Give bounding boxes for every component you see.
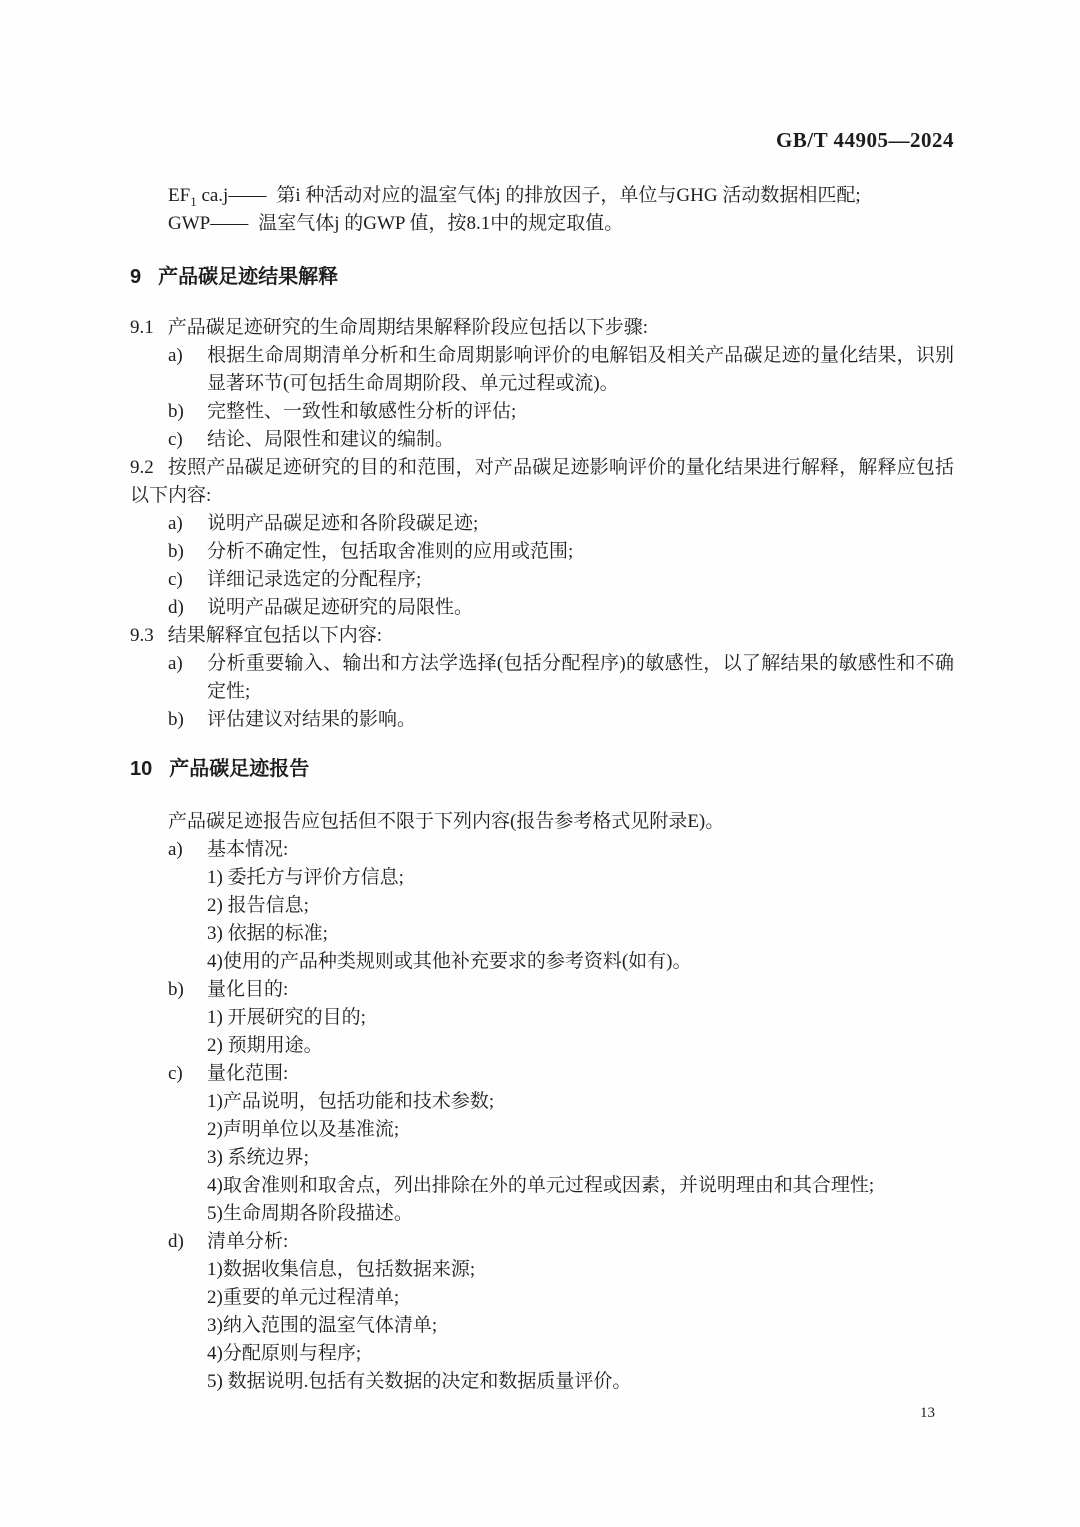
clause-9-3-text: 结果解释宜包括以下内容:: [168, 625, 382, 646]
item-label: b): [168, 976, 207, 1004]
def-gwp-dash: ——: [210, 213, 248, 234]
item-label: a): [168, 342, 207, 370]
definition-gwp: GWP——温室气体j 的GWP 值，按8.1中的规定取值。: [130, 210, 954, 238]
section-10-title: 产品碳足迹报告: [169, 758, 309, 780]
item-text: 说明产品碳足迹和各阶段碳足迹;: [207, 513, 478, 534]
report-item-d-sub-2: 2)重要的单元过程清单;: [130, 1284, 954, 1312]
report-item-a: a)基本情况:: [130, 836, 954, 864]
document-page: GB/T 44905—2024 EF1 ca.j——第i 种活动对应的温室气体j…: [0, 0, 1080, 1527]
standard-number: GB/T 44905—2024: [130, 0, 954, 152]
item-text: 根据生命周期清单分析和生命周期影响评价的电解铝及相关产品碳足迹的量化结果，识别显…: [207, 345, 954, 394]
item-label: c): [168, 426, 207, 454]
def-ef-term: EF1 ca.j——: [168, 185, 266, 206]
item-label: a): [168, 836, 207, 864]
clause-9-3-number: 9.3: [130, 625, 154, 646]
item-label: c): [168, 1060, 207, 1088]
clause-9-1: 9.1产品碳足迹研究的生命周期结果解释阶段应包括以下步骤:: [130, 314, 954, 342]
item-text: 分析不确定性，包括取舍准则的应用或范围;: [207, 541, 573, 562]
section-10-number: 10: [130, 758, 152, 780]
def-ef-rest: ca.j: [197, 185, 229, 206]
report-item-b-sub-1: 1) 开展研究的目的;: [130, 1004, 954, 1032]
def-gwp-term: GWP——: [168, 213, 248, 234]
item-label: b): [168, 538, 207, 566]
definition-ef: EF1 ca.j——第i 种活动对应的温室气体j 的排放因子，单位与GHG 活动…: [130, 182, 954, 210]
def-gwp-text: 温室气体j 的GWP 值，按8.1中的规定取值。: [258, 213, 623, 234]
clause-9-1-item-c: c)结论、局限性和建议的编制。: [130, 426, 954, 454]
clause-9-2-number: 9.2: [130, 457, 154, 478]
def-ef-text: 第i 种活动对应的温室气体j 的排放因子，单位与GHG 活动数据相匹配;: [276, 185, 860, 206]
item-label: c): [168, 566, 207, 594]
report-item-a-sub-4: 4)使用的产品种类规则或其他补充要求的参考资料(如有)。: [130, 948, 954, 976]
item-text: 结论、局限性和建议的编制。: [207, 429, 454, 450]
clause-9-2-item-a: a)说明产品碳足迹和各阶段碳足迹;: [130, 510, 954, 538]
def-ef-base: EF: [168, 185, 190, 206]
item-label: a): [168, 650, 207, 678]
item-label: d): [168, 594, 207, 622]
report-item-d-sub-3: 3)纳入范围的温室气体清单;: [130, 1312, 954, 1340]
clause-9-3-item-a: a)分析重要输入、输出和方法学选择(包括分配程序)的敏感性，以了解结果的敏感性和…: [130, 650, 954, 706]
item-text: 量化范围:: [207, 1063, 288, 1084]
clause-9-3: 9.3结果解释宜包括以下内容:: [130, 622, 954, 650]
item-label: d): [168, 1228, 207, 1256]
item-text: 评估建议对结果的影响。: [207, 709, 416, 730]
report-item-b-sub-2: 2) 预期用途。: [130, 1032, 954, 1060]
clause-9-1-item-b: b)完整性、一致性和敏感性分析的评估;: [130, 398, 954, 426]
report-item-d-sub-1: 1)数据收集信息，包括数据来源;: [130, 1256, 954, 1284]
report-item-c-sub-5: 5)生命周期各阶段描述。: [130, 1200, 954, 1228]
clause-9-3-item-b: b)评估建议对结果的影响。: [130, 706, 954, 734]
report-item-a-sub-3: 3) 依据的标准;: [130, 920, 954, 948]
page-number: 13: [920, 1404, 935, 1422]
clause-9-2-text: 按照产品碳足迹研究的目的和范围，对产品碳足迹影响评价的量化结果进行解释，解释应包…: [130, 457, 954, 506]
item-text: 基本情况:: [207, 839, 288, 860]
report-item-c-sub-1: 1)产品说明，包括功能和技术参数;: [130, 1088, 954, 1116]
report-item-d-sub-4: 4)分配原则与程序;: [130, 1340, 954, 1368]
section-9-number: 9: [130, 266, 141, 288]
section-9-heading: 9产品碳足迹结果解释: [130, 262, 954, 292]
clause-9-1-item-a: a)根据生命周期清单分析和生命周期影响评价的电解铝及相关产品碳足迹的量化结果，识…: [130, 342, 954, 398]
section-10-heading: 10产品碳足迹报告: [130, 754, 954, 784]
report-item-a-sub-1: 1) 委托方与评价方信息;: [130, 864, 954, 892]
report-item-d-sub-5: 5) 数据说明.包括有关数据的决定和数据质量评价。: [130, 1368, 954, 1396]
def-gwp-base: GWP: [168, 213, 210, 234]
report-item-c-sub-3: 3) 系统边界;: [130, 1144, 954, 1172]
def-ef-dash: ——: [228, 185, 266, 206]
clause-9-2-item-d: d)说明产品碳足迹研究的局限性。: [130, 594, 954, 622]
report-item-c-sub-4: 4)取舍准则和取舍点，列出排除在外的单元过程或因素，并说明理由和其合理性;: [130, 1172, 954, 1200]
item-text: 清单分析:: [207, 1231, 288, 1252]
report-item-a-sub-2: 2) 报告信息;: [130, 892, 954, 920]
clause-9-2-item-c: c)详细记录选定的分配程序;: [130, 566, 954, 594]
item-label: b): [168, 398, 207, 426]
clause-9-1-text: 产品碳足迹研究的生命周期结果解释阶段应包括以下步骤:: [168, 317, 648, 338]
report-item-c: c)量化范围:: [130, 1060, 954, 1088]
item-text: 说明产品碳足迹研究的局限性。: [207, 597, 473, 618]
report-item-b: b)量化目的:: [130, 976, 954, 1004]
item-text: 完整性、一致性和敏感性分析的评估;: [207, 401, 516, 422]
section-10-intro: 产品碳足迹报告应包括但不限于下列内容(报告参考格式见附录E)。: [130, 808, 954, 836]
section-9-title: 产品碳足迹结果解释: [158, 266, 338, 288]
item-label: b): [168, 706, 207, 734]
symbol-definitions: EF1 ca.j——第i 种活动对应的温室气体j 的排放因子，单位与GHG 活动…: [130, 182, 954, 238]
clause-9-1-number: 9.1: [130, 317, 154, 338]
item-text: 量化目的:: [207, 979, 288, 1000]
report-item-c-sub-2: 2)声明单位以及基准流;: [130, 1116, 954, 1144]
report-item-d: d)清单分析:: [130, 1228, 954, 1256]
item-text: 详细记录选定的分配程序;: [207, 569, 421, 590]
clause-9-2-item-b: b)分析不确定性，包括取舍准则的应用或范围;: [130, 538, 954, 566]
item-text: 分析重要输入、输出和方法学选择(包括分配程序)的敏感性，以了解结果的敏感性和不确…: [207, 653, 954, 702]
clause-9-2: 9.2按照产品碳足迹研究的目的和范围，对产品碳足迹影响评价的量化结果进行解释，解…: [130, 454, 954, 510]
item-label: a): [168, 510, 207, 538]
